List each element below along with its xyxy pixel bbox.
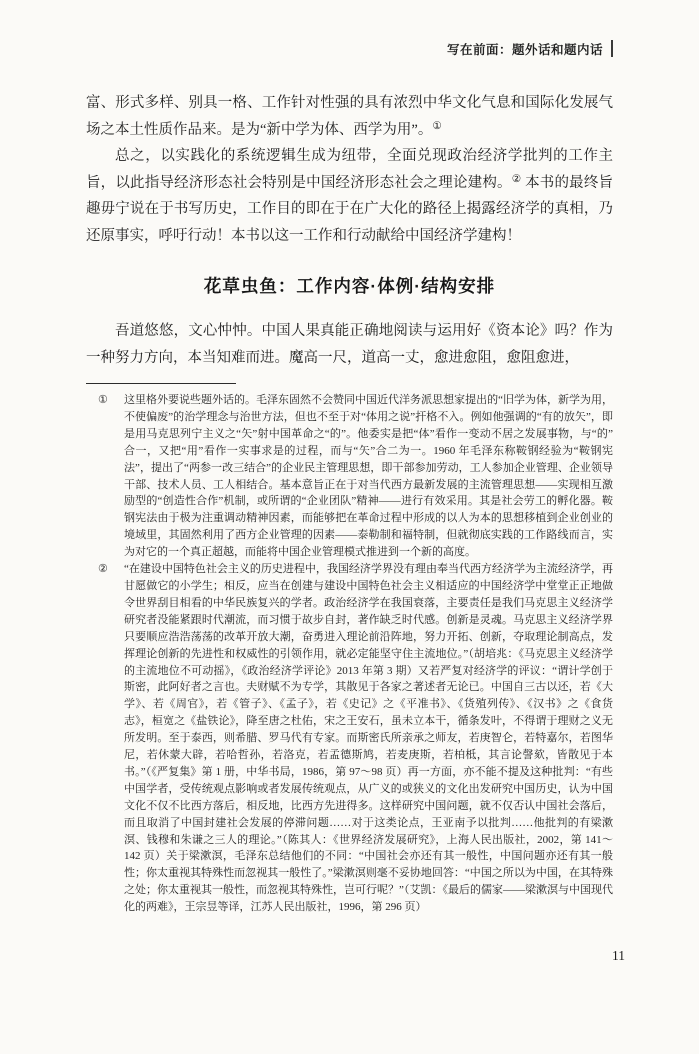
footnote-marker: ①	[98, 392, 124, 561]
footnote-separator	[86, 383, 236, 384]
paragraph: 总之，以实践化的系统逻辑生成为纽带，全面兑现政治经济学批判的工作主旨，以此指导经…	[86, 143, 613, 249]
paragraph: 吾道悠悠，文心忡忡。中国人果真能正确地阅读与运用好《资本论》吗？作为一种努力方向…	[86, 318, 613, 371]
footnote-2: ② “在建设中国特色社会主义的历史进程中，我国经济学界没有理由奉当代西方经济学为…	[86, 561, 613, 916]
footnote-marker: ②	[98, 561, 124, 916]
body-text: 富、形式多样、别具一格、工作针对性强的具有浓烈中华文化气息和国际化发展气场之本土…	[86, 90, 613, 916]
footnote-ref-2: ②	[512, 174, 522, 185]
paragraph-continuation: 富、形式多样、别具一格、工作针对性强的具有浓烈中华文化气息和国际化发展气场之本土…	[86, 90, 613, 143]
footnote-ref-1: ①	[432, 121, 441, 132]
section-heading: 花草虫鱼：工作内容·体例·结构安排	[86, 273, 613, 298]
paragraph-text: 富、形式多样、别具一格、工作针对性强的具有浓烈中华文化气息和国际化发展气场之本土…	[86, 95, 613, 138]
running-head: 写在前面：题外话和题内话	[86, 40, 613, 58]
running-head-text: 写在前面：题外话和题内话	[447, 43, 603, 57]
page-number: 11	[612, 948, 625, 964]
footnotes: ① 这里格外要说些题外话的。毛泽东固然不会赞同中国近代洋务派思想家提出的“旧学为…	[86, 392, 613, 916]
book-page: 写在前面：题外话和题内话 富、形式多样、别具一格、工作针对性强的具有浓烈中华文化…	[0, 0, 699, 1054]
header-rule	[611, 40, 613, 57]
footnote-text: “在建设中国特色社会主义的历史进程中，我国经济学界没有理由奉当代西方经济学为主流…	[124, 561, 613, 916]
footnote-1: ① 这里格外要说些题外话的。毛泽东固然不会赞同中国近代洋务派思想家提出的“旧学为…	[86, 392, 613, 561]
footnote-text: 这里格外要说些题外话的。毛泽东固然不会赞同中国近代洋务派思想家提出的“旧学为体，…	[124, 392, 613, 561]
